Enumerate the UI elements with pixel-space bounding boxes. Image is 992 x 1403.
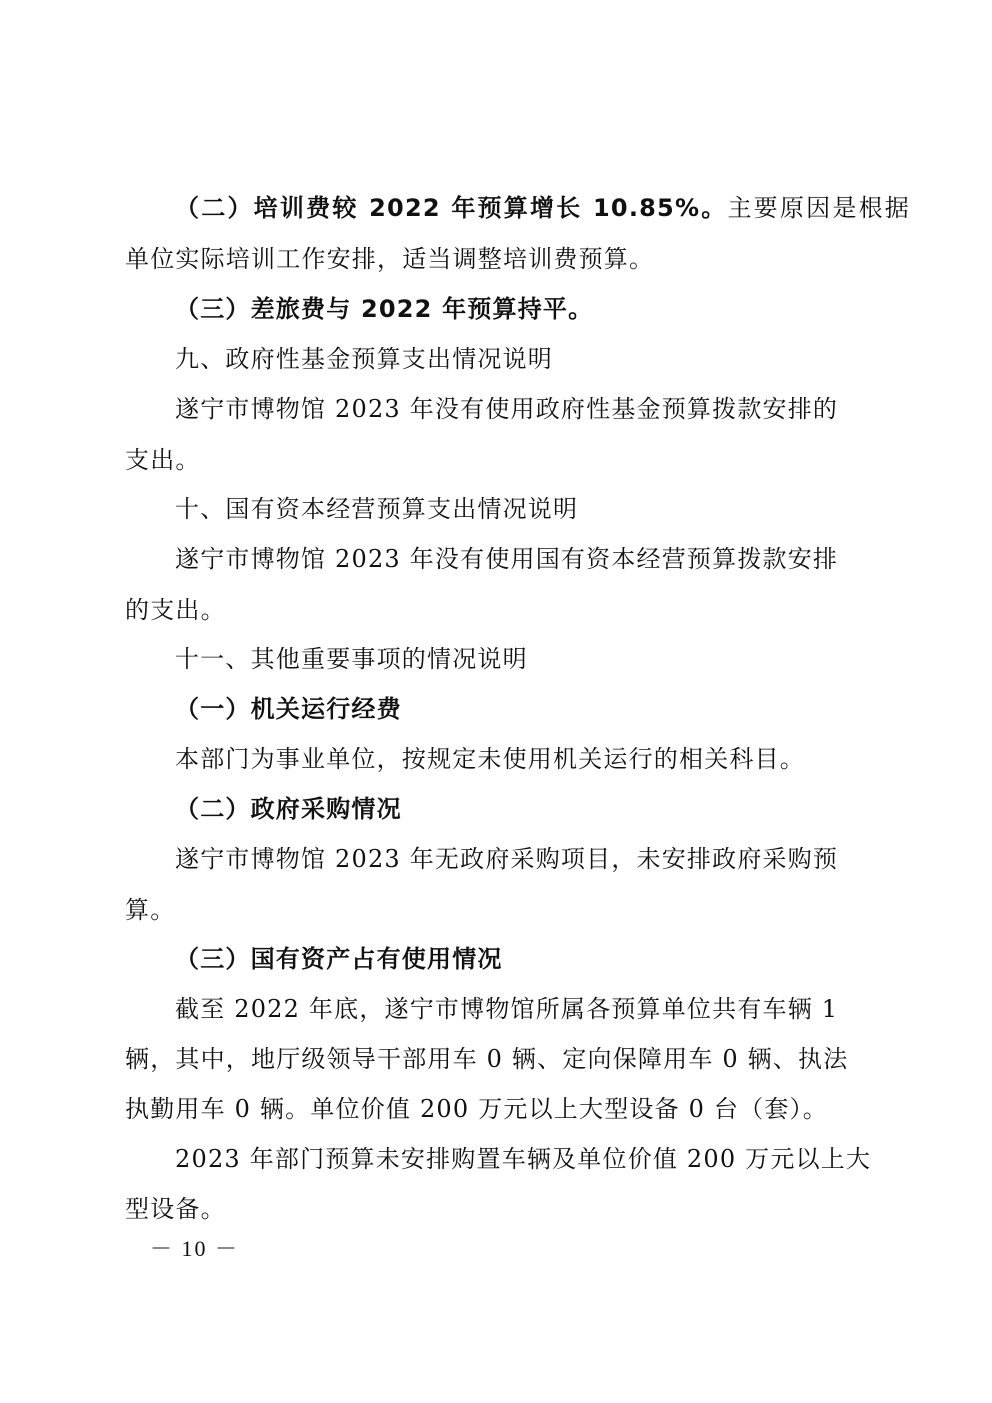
text-line: 单位实际培训工作安排，适当调整培训费预算。 (125, 243, 654, 275)
subheading-procurement: （二）政府采购情况 (175, 793, 402, 825)
text-line: 支出。 (125, 444, 201, 476)
subheading-training-fee: （二）培训费较 2022 年预算增长 10.85%。 (175, 194, 727, 222)
subheading-travel-fee: （三）差旅费与 2022 年预算持平。 (175, 293, 593, 325)
page-number: － 10 － (150, 1232, 239, 1263)
text-line: 截至 2022 年底，遂宁市博物馆所属各预算单位共有车辆 1 (175, 993, 838, 1025)
text-line: 遂宁市博物馆 2023 年没有使用国有资本经营预算拨款安排 (175, 543, 838, 575)
text-line: 遂宁市博物馆 2023 年没有使用政府性基金预算拨款安排的 (175, 393, 910, 425)
text-line: 本部门为事业单位，按规定未使用机关运行的相关科目。 (175, 743, 805, 775)
subheading-state-assets: （三）国有资产占有使用情况 (175, 943, 503, 975)
text-line: 辆，其中，地厅级领导干部用车 0 辆、定向保障用车 0 辆、执法 (125, 1043, 848, 1075)
text-line: 2023 年部门预算未安排购置车辆及单位价值 200 万元以上大 (175, 1143, 871, 1175)
subheading-operating-expenses: （一）机关运行经费 (175, 693, 402, 725)
text-line: 执勤用车 0 辆。单位价值 200 万元以上大型设备 0 台（套）。 (125, 1093, 828, 1125)
section-heading-10: 十、国有资本经营预算支出情况说明 (175, 493, 578, 525)
text-line: 的支出。 (125, 594, 226, 626)
paragraph-training-fee: （二）培训费较 2022 年预算增长 10.85%。主要原因是根据 (175, 192, 910, 224)
text-line: 算。 (125, 894, 175, 926)
text-line: 遂宁市博物馆 2023 年无政府采购项目，未安排政府采购预 (175, 843, 838, 875)
section-heading-11: 十一、其他重要事项的情况说明 (175, 643, 528, 675)
document-page: （二）培训费较 2022 年预算增长 10.85%。主要原因是根据 单位实际培训… (0, 0, 992, 1403)
text-training-fee-reason: 主要原因是根据 (727, 194, 910, 222)
section-heading-9: 九、政府性基金预算支出情况说明 (175, 343, 553, 375)
text-line: 型设备。 (125, 1193, 226, 1225)
